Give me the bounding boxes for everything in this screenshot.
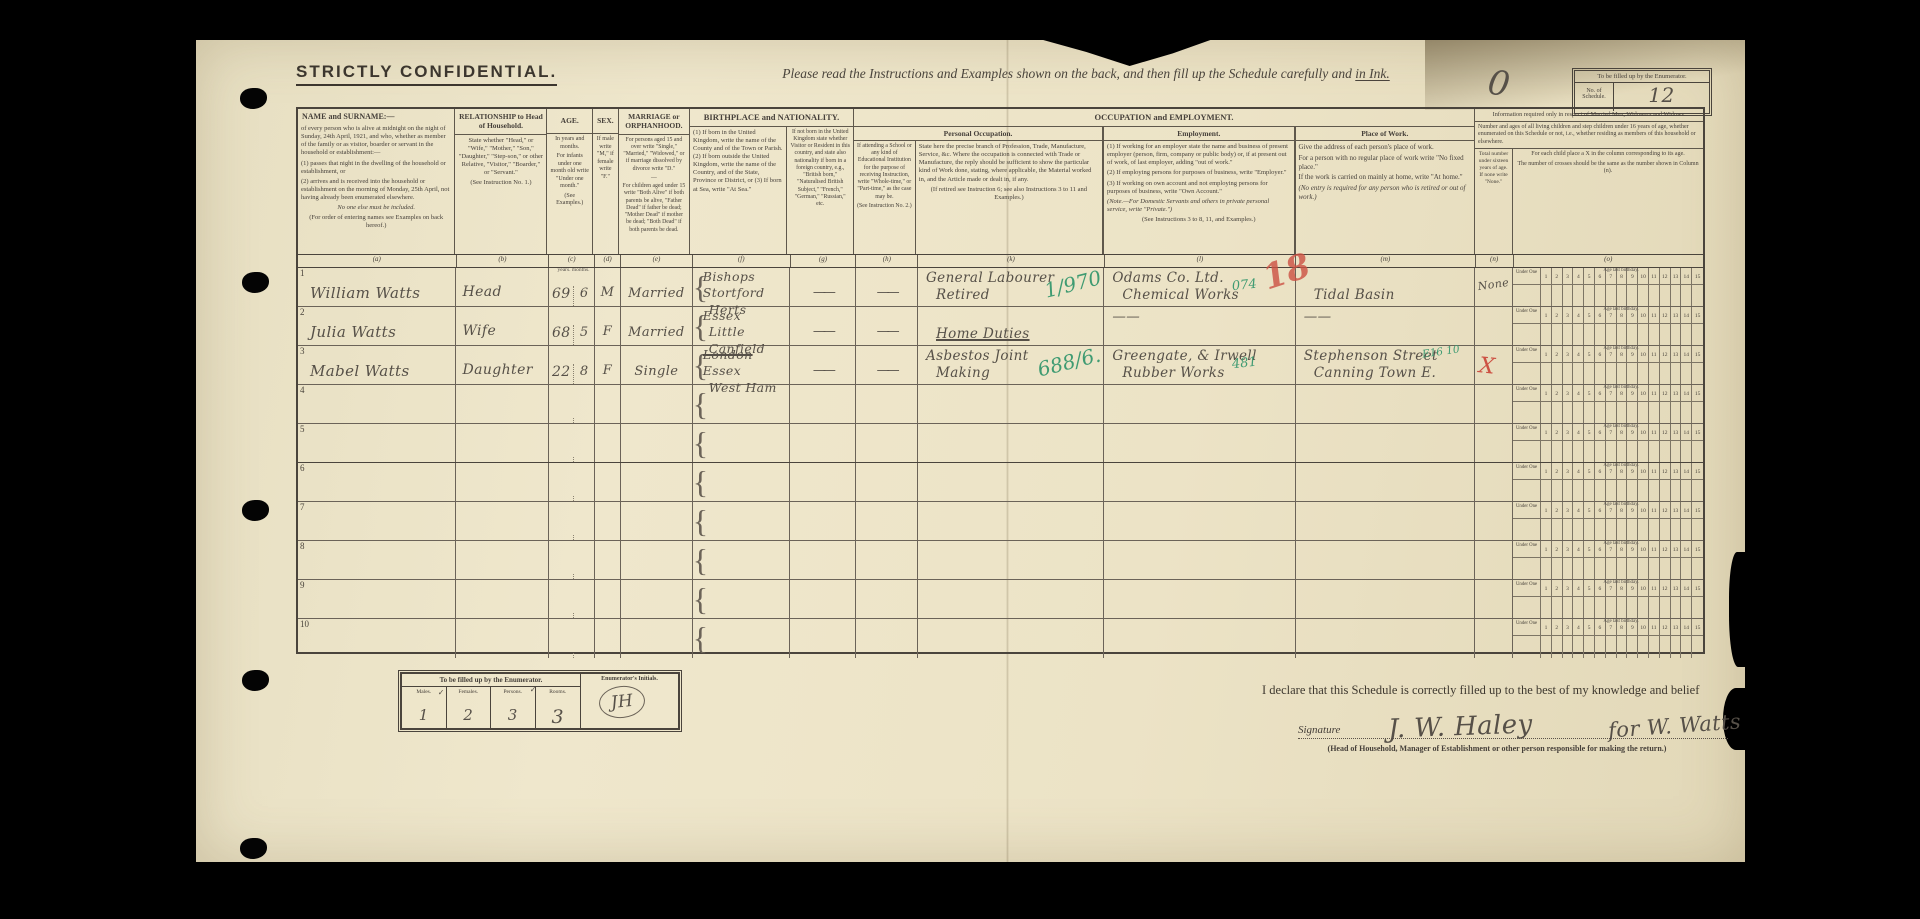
age-grid-year-column: 8 [1617,541,1628,579]
employment-header-body: (1) If working for an employer state the… [1104,141,1293,254]
column-letter: (g) [791,255,857,267]
column-letter: (n) [1476,255,1514,267]
males-value: 1 [402,706,447,728]
children-total-value [1475,626,1512,631]
children-total-value [1475,470,1512,475]
birthplace-brace: { [693,425,708,461]
age-grid-year-column: 1 [1541,268,1552,306]
col-header-sex: SEX. If male write "M," if female write … [593,109,619,254]
name-cell: 8 [298,541,456,579]
age-grid-year-column: 10 [1638,541,1649,579]
females-label: Females. [458,689,478,695]
column-letter: (a) [298,255,457,267]
table-row: 2 Julia Watts Wife 68 5 F Married { Esse… [298,307,1703,346]
age-years-value: 22 [549,364,573,384]
age-grid-rule [1513,479,1703,480]
age-grid-year-column: 2 [1552,424,1563,462]
age-title: AGE. [547,109,592,134]
children-total-value [1475,548,1512,553]
persons-label: Persons. [504,689,523,695]
age-grid-year-column: 1 [1541,619,1552,658]
age-grid: Age last birthday.Under One1234567891011… [1513,424,1703,462]
age-grid-year-column: 10 [1638,580,1649,618]
sex-cell: F [595,307,621,345]
age-grid-year-column: 4 [1573,307,1584,345]
age-grid-columns: Under One123456789101112131415 [1513,346,1703,384]
age-years-value [549,654,573,658]
strictly-confidential-heading: STRICTLY CONFIDENTIAL. [296,62,557,86]
place-code-green-ink: E16 10 [1422,343,1461,360]
age-grid-year-column: 11 [1649,385,1660,423]
age-grid-year-column: 9 [1627,541,1638,579]
children-ages-cell: Age last birthday.Under One1234567891011… [1513,580,1703,618]
age-months-value: 8 [573,364,594,384]
age-grid-rule [1513,635,1703,636]
age-header-body: In years and months. For infants under o… [547,134,592,254]
age-grid-year-column: 6 [1595,346,1606,384]
occupation-section-columns: Personal Occupation. If attending a Scho… [854,127,1474,254]
age-grid-year-column: 8 [1617,346,1628,384]
age-grid-year-column: 3 [1563,385,1574,423]
age-grid-year-column: 10 [1638,502,1649,540]
marriage-cell [621,385,693,423]
age-grid-year-column: 8 [1617,385,1628,423]
children-total-cell [1475,619,1513,658]
table-row: 9 { [298,580,1703,619]
age-grid-year-column: 9 [1627,619,1638,658]
age-grid-rule [1513,401,1703,402]
age-grid-year-column: 2 [1552,502,1563,540]
name-cell: 6 [298,463,456,501]
marriage-cell [621,463,693,501]
col-header-children-total: Total number under sixteen years of age.… [1475,149,1513,254]
header-text: The number of crosses should be the same… [1516,161,1700,176]
occupation-cell [918,619,1104,658]
rooms-header: Rooms. [536,687,581,706]
birthplace-brace: { [693,386,708,422]
age-grid-year-column: 6 [1595,307,1606,345]
section-birthplace-nationality: BIRTHPLACE and NATIONALITY. (1) If born … [690,109,854,254]
age-grid-year-column: 13 [1671,502,1682,540]
employment-code-green-ink: 481 [1231,355,1257,373]
children-total-cell: None [1475,268,1513,306]
employment-subtitle: Employment. [1104,127,1293,141]
table-header: NAME and SURNAME:— of every person who i… [298,109,1703,255]
name-cell: 7 [298,502,456,540]
col-header-employment: Employment. (1) If working for an employ… [1103,127,1294,254]
occupation-code-green-ink: 688/6. [1035,343,1103,382]
age-months-value [573,653,594,658]
age-grid-caption: Age last birthday. [1541,346,1701,351]
age-grid-year-column: 11 [1649,424,1660,462]
age-months-value [573,418,594,423]
age-grid-year-column: 15 [1692,619,1703,658]
children-total-value [1475,314,1512,319]
children-red-x-mark: X [1478,353,1496,380]
birthplace-struck-text: London [703,347,753,362]
age-grid-columns: Under One123456789101112131415 [1513,502,1703,540]
age-months-value [573,496,594,501]
place-of-work-cell [1296,580,1475,618]
nationality-cell [790,424,856,462]
table-row: 10 { [298,619,1703,658]
age-grid-under-one: Under One [1513,424,1541,462]
column-letter: (b) [457,255,550,267]
age-grid-year-column: 4 [1573,346,1584,384]
marriage-value: Married [621,325,692,340]
age-grid-year-column: 2 [1552,619,1563,658]
age-grid: Age last birthday.Under One1234567891011… [1513,307,1703,345]
place-of-work-cell [1296,424,1475,462]
age-grid-year-column: 13 [1671,619,1682,658]
age-grid-year-column: 15 [1692,307,1703,345]
header-text: (2) If employing persons for purposes of… [1107,169,1290,177]
age-grid-year-column: 13 [1671,580,1682,618]
signature-for-handwriting: for W. Watts [1607,709,1741,742]
age-grid-year-column: 10 [1638,463,1649,501]
age-grid-year-column: 14 [1681,619,1692,658]
age-grid-year-column: 3 [1563,307,1574,345]
age-grid-year-column: 14 [1681,580,1692,618]
personal-occupation-subtitle: Personal Occupation. [854,127,1102,141]
row-number: 8 [300,541,305,551]
age-grid-year-column: 2 [1552,268,1563,306]
school-value: —— [856,324,917,339]
column-letter: (e) [621,255,693,267]
children-ages-cell: Age last birthday.Under One1234567891011… [1513,268,1703,306]
age-grid-rule [1513,440,1703,441]
age-grid-year-column: 15 [1692,580,1703,618]
age-years-value [549,575,573,579]
header-text: In years and months. [550,136,589,151]
row-number: 7 [300,502,305,512]
children-total-cell [1475,580,1513,618]
age-grid-year-column: 5 [1584,463,1595,501]
children-info-body: Number and ages of all living children a… [1475,122,1703,150]
age-grid: Age last birthday.Under One1234567891011… [1513,268,1703,306]
age-grid-year-column: 3 [1563,619,1574,658]
header-text: For persons aged 15 and over write "Sing… [622,137,686,173]
age-cell [549,619,595,658]
age-grid-year-column: 7 [1606,502,1617,540]
age-grid-caption: Age last birthday. [1541,463,1701,468]
relationship-cell [456,463,549,501]
header-text: (If retired see Instruction 6; see also … [919,186,1099,202]
age-grid-year-column: 1 [1541,502,1552,540]
age-months-value [573,457,594,462]
school-cell [856,541,918,579]
age-grid-year-column: 12 [1660,424,1671,462]
age-grid-year-column: 14 [1681,307,1692,345]
marriage-cell: Single [621,346,693,384]
age-grid-year-column: 10 [1638,385,1649,423]
age-grid-year-column: 10 [1638,424,1649,462]
relationship-cell [456,619,549,658]
children-ages-header-body: For each child place a X in the column c… [1513,149,1703,254]
table-row: 6 { [298,463,1703,502]
punch-hole [242,272,269,293]
nationality-cell [790,385,856,423]
place-of-work-header-body: Give the address of each person's place … [1296,141,1475,254]
relationship-cell [456,385,549,423]
age-grid-caption: Age last birthday. [1541,502,1701,507]
sex-cell [595,424,621,462]
age-grid-year-column: 9 [1627,268,1638,306]
age-grid-year-column: 5 [1584,346,1595,384]
age-grid-year-column: 6 [1595,424,1606,462]
age-months-value [573,613,594,618]
age-grid-year-column: 13 [1671,424,1682,462]
age-grid-year-column: 10 [1638,346,1649,384]
census-schedule-paper: STRICTLY CONFIDENTIAL. Please read the I… [196,40,1745,862]
children-total-value [1475,509,1512,514]
sex-cell [595,385,621,423]
children-ages-cell: Age last birthday.Under One1234567891011… [1513,307,1703,345]
place-of-work-cell [1296,385,1475,423]
age-grid: Age last birthday.Under One1234567891011… [1513,463,1703,501]
children-ages-cell: Age last birthday.Under One1234567891011… [1513,541,1703,579]
age-grid-under-one: Under One [1513,346,1541,384]
employment-line2: Chemical Works [1122,287,1239,303]
birthplace-brace: { [693,542,708,578]
rooms-label: Rooms. [549,689,566,695]
age-grid-year-column: 15 [1692,346,1703,384]
marriage-title: MARRIAGE or ORPHANHOOD. [619,109,689,135]
header-text: State here the precise branch of Profess… [919,143,1099,184]
age-grid-under-one: Under One [1513,619,1541,658]
age-grid-year-column: 8 [1617,463,1628,501]
age-grid-year-column: 4 [1573,541,1584,579]
birthplace-brace: { [693,503,708,539]
age-grid-under-one: Under One [1513,307,1541,345]
age-grid-year-column: 12 [1660,541,1671,579]
sex-value: M [595,285,620,300]
age-grid-rule [1513,518,1703,519]
age-grid-caption: Age last birthday. [1541,268,1701,273]
header-text: State whether "Head," or "Wife," "Mother… [458,137,543,178]
relationship-cell: Daughter [456,346,549,384]
marriage-cell [621,502,693,540]
occupation-cell [918,502,1104,540]
header-text: For a person with no regular place of wo… [1299,154,1472,172]
age-grid-year-column: 1 [1541,385,1552,423]
birthplace-cell: { Essex Little Canfield [693,307,791,345]
age-grid-year-column: 15 [1692,424,1703,462]
males-header: Males.✓ [402,687,447,706]
col-header-age: AGE. In years and months. For infants un… [547,109,593,254]
column-letter: (h) [856,255,918,267]
females-value: 2 [447,706,492,728]
school-header-body: If attending a School or any kind of Edu… [854,141,915,254]
age-grid-year-column: 1 [1541,346,1552,384]
school-value: —— [856,285,917,300]
sex-cell [595,502,621,540]
age-grid-year-column: 4 [1573,580,1584,618]
children-total-cell [1475,541,1513,579]
age-grid-year-column: 4 [1573,385,1584,423]
age-grid-year-column: 6 [1595,580,1606,618]
age-grid-year-column: 5 [1584,424,1595,462]
age-grid-year-column: 12 [1660,619,1671,658]
children-total-cell [1475,424,1513,462]
instruction-text: Please read the Instructions and Example… [782,66,1355,81]
name-cell: 2 Julia Watts [298,307,456,345]
age-grid-year-column: 9 [1627,346,1638,384]
marriage-cell [621,580,693,618]
employment-line2: Rubber Works [1122,365,1224,381]
row-number: 9 [300,580,305,590]
age-grid-year-column: 4 [1573,268,1584,306]
age-months-value: 6 [573,286,594,306]
enumerator-count-values: 1 2 3 3 [402,706,580,728]
enumerator-initials-value: JH [597,684,646,721]
place-of-work-cell: —— [1296,307,1475,345]
birthplace-brace: { [693,464,708,500]
age-grid-year-column: 7 [1606,580,1617,618]
school-cell [856,619,918,658]
relationship-value: Wife [462,323,496,339]
school-cell: —— [856,268,918,306]
row-number: 5 [300,424,305,434]
age-grid-rule [1513,362,1703,363]
enumerator-counts: To be filled up by the Enumerator. Males… [402,674,581,728]
name-value: Julia Watts [310,323,396,341]
marriage-value: Married [621,286,692,301]
age-grid-year-column: 9 [1627,307,1638,345]
enumerator-count-headers: Males.✓ Females. Persons.✓ Rooms. [402,687,580,706]
relationship-cell [456,502,549,540]
header-text: For each child place a X in the column c… [1516,151,1700,159]
employment-line1: Odams Co. Ltd. [1112,270,1224,286]
age-grid-under-one: Under One [1513,502,1541,540]
birthplace-cell: { Bishops Stortford Herts [693,268,791,306]
enumerator-initials-box: Enumerator's Initials. JH [581,674,678,728]
children-total-header-body: Total number under sixteen years of age.… [1475,149,1512,254]
nationality-cell [790,502,856,540]
header-text: (See Instruction No. 2.) [857,203,912,210]
age-grid-year-column: 7 [1606,619,1617,658]
school-cell [856,463,918,501]
age-grid-year-column: 1 [1541,541,1552,579]
marriage-header-body: For persons aged 15 and over write "Sing… [619,135,689,254]
age-grid-caption: Age last birthday. [1541,385,1701,390]
age-grid-year-column: 12 [1660,502,1671,540]
age-grid: Age last birthday.Under One1234567891011… [1513,385,1703,423]
children-total-cell [1475,385,1513,423]
table-row: 7 { [298,502,1703,541]
in-ink-underlined: in Ink. [1355,66,1390,81]
row-number: 4 [300,385,305,395]
age-months-value [573,574,594,579]
age-grid-year-column: 2 [1552,307,1563,345]
header-text: If the work is carried on mainly at home… [1299,173,1472,182]
col-header-birthplace: (1) If born in the United Kingdom, write… [690,127,787,254]
row-number: 10 [300,619,309,629]
children-total-value [1475,392,1512,397]
header-text: (3) If working on own account and not em… [1107,180,1290,196]
occupation-section-title: OCCUPATION and EMPLOYMENT. [854,109,1474,127]
children-total-cell [1475,307,1513,345]
age-grid-year-column: 3 [1563,541,1574,579]
nationality-cell [790,463,856,501]
employment-line1: —— [1112,309,1140,325]
age-grid-rule [1513,323,1703,324]
nationality-cell [790,619,856,658]
table-row: 4 { [298,385,1703,424]
age-cell [549,580,595,618]
age-grid-year-column: 6 [1595,463,1606,501]
occupation-cell [918,541,1104,579]
age-grid-year-column: 1 [1541,424,1552,462]
age-grid-year-column: 3 [1563,463,1574,501]
birthplace-line1: Bishops Stortford [703,269,765,300]
punch-hole [242,670,269,691]
persons-header: Persons.✓ [491,687,536,706]
column-letter: (k) [918,255,1104,267]
age-grid-caption: Age last birthday. [1541,307,1701,312]
age-grid-year-column: 13 [1671,346,1682,384]
place-line1: —— [1304,309,1332,325]
place-line2: Tidal Basin [1314,287,1395,303]
name-header-body: of every person who is alive at midnight… [298,123,454,254]
age-years-value [549,458,573,462]
pencil-check: ✓ [438,688,445,697]
header-text: (Note.—For Domestic Servants and others … [1107,198,1290,214]
header-text: (See Instructions 3 to 8, 11, and Exampl… [1107,216,1290,224]
name-cell: 4 [298,385,456,423]
children-ages-cell: Age last birthday.Under One1234567891011… [1513,619,1703,658]
age-grid-year-column: 1 [1541,580,1552,618]
age-grid-year-column: 10 [1638,268,1649,306]
header-text: (2) arrives and is received into the hou… [301,178,451,202]
school-cell [856,424,918,462]
age-cell [549,463,595,501]
age-grid-year-column: 5 [1584,385,1595,423]
occupation-line1: Asbestos Joint [926,348,1029,364]
birthplace-section-title: BIRTHPLACE and NATIONALITY. [690,109,853,127]
relationship-cell [456,580,549,618]
header-text: (No entry is required for any person who… [1299,184,1472,202]
age-grid-year-column: 12 [1660,268,1671,306]
col-header-occupation: State here the precise branch of Profess… [916,141,1102,254]
marriage-cell: Married [621,268,693,306]
age-grid-year-column: 15 [1692,463,1703,501]
row-number: 3 [300,346,305,356]
birthplace-cell: { [693,424,791,462]
age-grid-year-column: 13 [1671,268,1682,306]
age-grid-year-column: 11 [1649,541,1660,579]
header-text: (See Examples.) [550,193,589,208]
birthplace-brace: { [693,581,708,617]
birthplace-text: Essex [703,363,741,378]
age-cell [549,541,595,579]
birthplace-header-body: (1) If born in the United Kingdom, write… [690,127,786,254]
occupation-cell [918,385,1104,423]
age-grid-year-column: 12 [1660,580,1671,618]
children-info-columns: Total number under sixteen years of age.… [1475,149,1703,254]
age-grid-year-column: 9 [1627,463,1638,501]
age-grid-year-column: 4 [1573,424,1584,462]
table-row: 3 Mabel Watts Daughter 22 8 F Single { L… [298,346,1703,385]
header-text: (1) If born in the United Kingdom, write… [693,129,783,194]
age-grid-year-column: 12 [1660,385,1671,423]
nationality-header-body: If not born in the United Kingdom state … [787,127,853,254]
age-grid-columns: Under One123456789101112131415 [1513,268,1703,306]
birthplace-cell: { [693,502,791,540]
age-grid-year-column: 1 [1541,307,1552,345]
age-grid-year-column: 4 [1573,619,1584,658]
schedule-box-title: To be filled up by the Enumerator. [1575,71,1709,83]
